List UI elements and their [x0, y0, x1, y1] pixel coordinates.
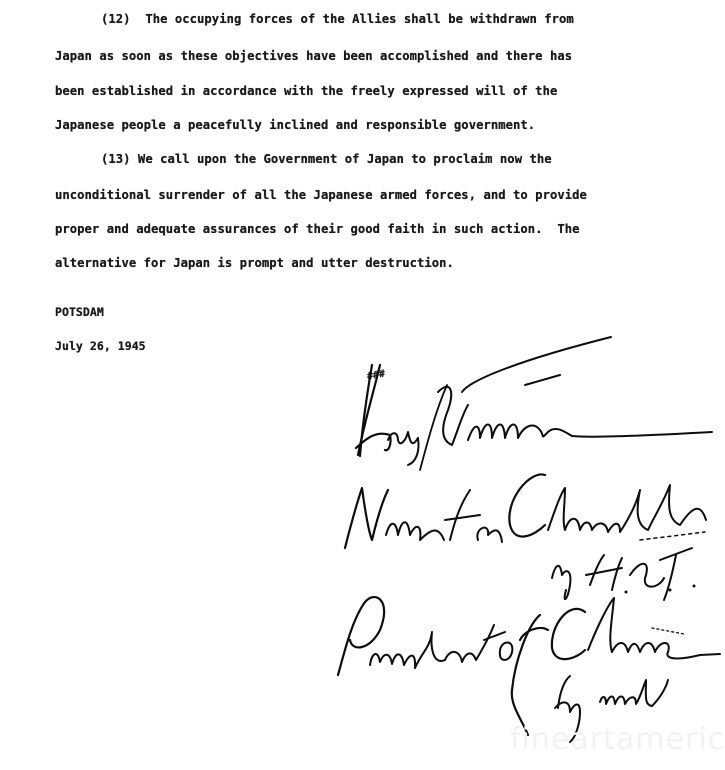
signature-truman: [356, 337, 712, 470]
signature-churchill: [345, 474, 706, 600]
signature-president-of-china: [338, 597, 720, 742]
document-page: (12) The occupying forces of the Allies …: [0, 0, 725, 770]
watermark-text: fineartamerica: [510, 722, 725, 757]
signatures-graphic: [0, 0, 725, 770]
